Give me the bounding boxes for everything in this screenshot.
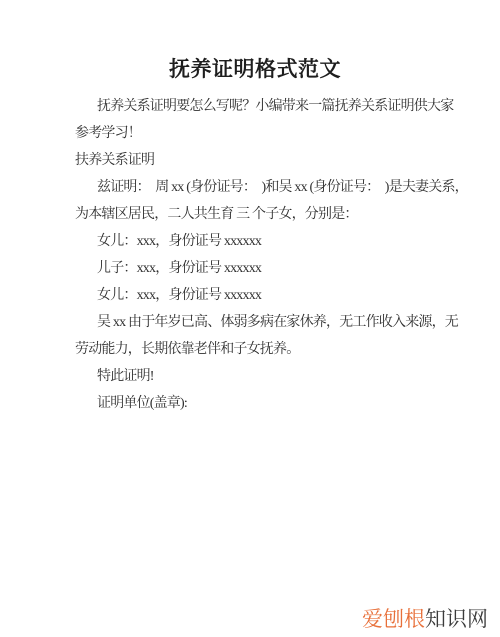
document-page: 抚养证明格式范文 抚养关系证明要怎么写呢？小编带来一篇抚养关系证明供大家 参考学… xyxy=(0,0,500,637)
document-title: 抚养证明格式范文 xyxy=(75,54,435,84)
site-watermark: 爱刨根知识网 xyxy=(362,608,488,631)
watermark-brand: 爱刨根 xyxy=(362,608,425,631)
document-body: 抚养关系证明要怎么写呢？小编带来一篇抚养关系证明供大家 参考学习！ 扶养关系证明… xyxy=(75,93,435,417)
attestation-line: 特此证明! xyxy=(75,363,435,390)
watermark-suffix: 知识网 xyxy=(425,608,488,631)
daughter-line-2: 女儿：xxx，身份证号 xxxxxx xyxy=(75,282,435,309)
issuer-seal-line: 证明单位(盖章): xyxy=(75,390,435,417)
intro-line-2: 参考学习！ xyxy=(75,120,435,147)
certificate-heading: 扶养关系证明 xyxy=(75,147,435,174)
certify-statement-line-1: 兹证明： 周 xx (身份证号： )和吴 xx (身份证号： )是夫妻关系， xyxy=(75,174,435,201)
dependency-line-2: 劳动能力，长期依靠老伴和子女抚养。 xyxy=(75,336,435,363)
son-line: 儿子：xxx，身份证号 xxxxxx xyxy=(75,255,435,282)
certify-statement-line-2: 为本辖区居民，二人共生育 三 个子女，分别是： xyxy=(75,201,435,228)
daughter-line-1: 女儿：xxx，身份证号 xxxxxx xyxy=(75,228,435,255)
document-content: 抚养证明格式范文 抚养关系证明要怎么写呢？小编带来一篇抚养关系证明供大家 参考学… xyxy=(0,54,500,417)
intro-line-1: 抚养关系证明要怎么写呢？小编带来一篇抚养关系证明供大家 xyxy=(75,93,435,120)
dependency-line-1: 吴 xx 由于年岁已高、体弱多病在家休养，无工作收入来源，无 xyxy=(75,309,435,336)
